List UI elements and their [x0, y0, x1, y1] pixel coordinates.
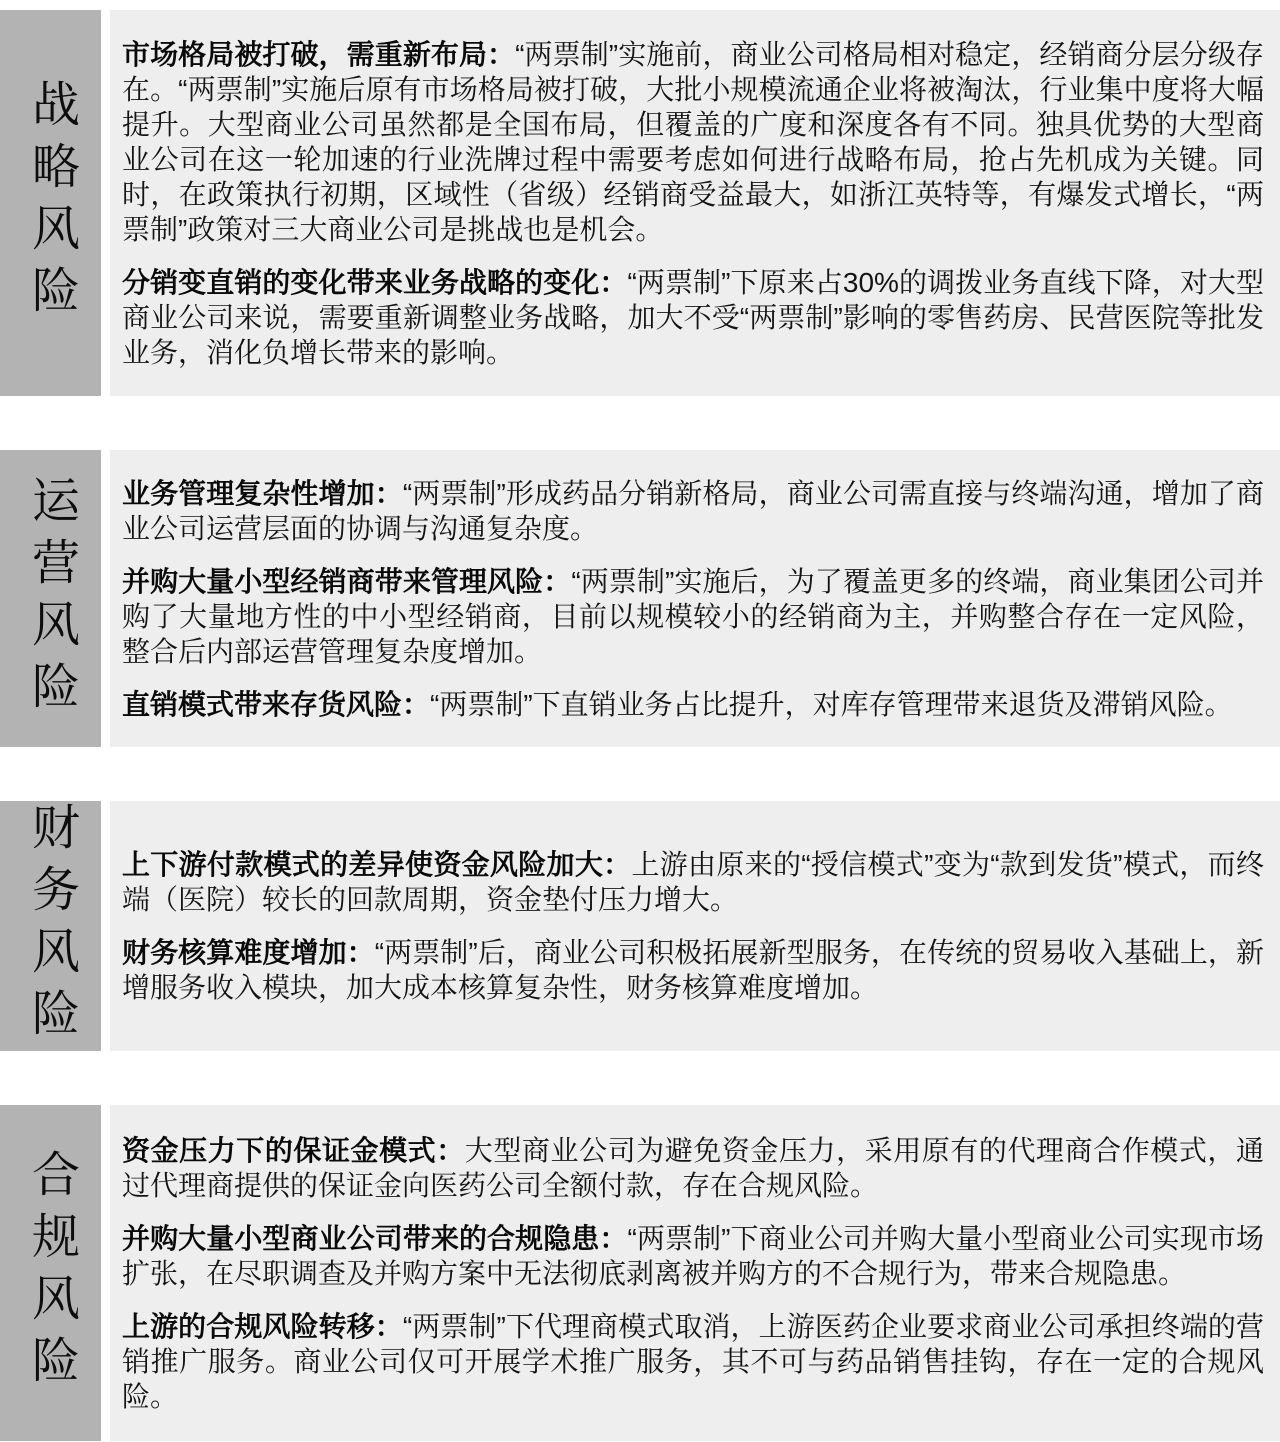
- strategic-risk-sidebar: 战略风险: [0, 10, 101, 396]
- paragraph-lead: 市场格局被打破，需重新布局：: [122, 39, 515, 70]
- paragraph: 业务管理复杂性增加：“两票制”形成药品分销新格局，商业公司需直接与终端沟通，增加…: [122, 476, 1264, 546]
- paragraph-lead: 分销变直销的变化带来业务战略的变化：: [122, 267, 627, 298]
- paragraph-lead: 财务核算难度增加：: [122, 937, 375, 968]
- section-operational-risk: 运营风险 业务管理复杂性增加：“两票制”形成药品分销新格局，商业公司需直接与终端…: [0, 450, 1280, 747]
- paragraph: 市场格局被打破，需重新布局：“两票制”实施前，商业公司格局相对稳定，经销商分层分…: [122, 37, 1264, 247]
- operational-risk-label: 运营风险: [27, 475, 75, 723]
- paragraph: 上游的合规风险转移：“两票制”下代理商模式取消，上游医药企业要求商业公司承担终端…: [122, 1309, 1264, 1414]
- paragraph: 并购大量小型经销商带来管理风险：“两票制”实施后，为了覆盖更多的终端，商业集团公…: [122, 564, 1264, 669]
- risk-overview-page: 战略风险 市场格局被打破，需重新布局：“两票制”实施前，商业公司格局相对稳定，经…: [0, 0, 1280, 1442]
- strategic-risk-label: 战略风险: [27, 79, 75, 327]
- operational-risk-content: 业务管理复杂性增加：“两票制”形成药品分销新格局，商业公司需直接与终端沟通，增加…: [110, 450, 1280, 747]
- paragraph-body: “两票制”下直销业务占比提升，对库存管理带来退货及滞销风险。: [430, 689, 1233, 720]
- paragraph-lead: 上下游付款模式的差异使资金风险加大：: [122, 849, 631, 880]
- paragraph: 直销模式带来存货风险：“两票制”下直销业务占比提升，对库存管理带来退货及滞销风险…: [122, 687, 1264, 722]
- paragraph: 财务核算难度增加：“两票制”后，商业公司积极拓展新型服务，在传统的贸易收入基础上…: [122, 935, 1264, 1005]
- paragraph-lead: 业务管理复杂性增加：: [122, 478, 403, 509]
- compliance-risk-label: 合规风险: [27, 1149, 75, 1397]
- financial-risk-content: 上下游付款模式的差异使资金风险加大：上游由原来的“授信模式”变为“款到发货”模式…: [110, 801, 1280, 1051]
- financial-risk-sidebar: 财务风险: [0, 801, 101, 1051]
- paragraph: 分销变直销的变化带来业务战略的变化：“两票制”下原来占30%的调拨业务直线下降，…: [122, 265, 1264, 370]
- operational-risk-sidebar: 运营风险: [0, 450, 101, 747]
- paragraph-lead: 上游的合规风险转移：: [122, 1311, 403, 1342]
- paragraph-lead: 直销模式带来存货风险：: [122, 689, 430, 720]
- paragraph-lead: 并购大量小型商业公司带来的合规隐患：: [122, 1223, 627, 1254]
- section-strategic-risk: 战略风险 市场格局被打破，需重新布局：“两票制”实施前，商业公司格局相对稳定，经…: [0, 10, 1280, 396]
- strategic-risk-content: 市场格局被打破，需重新布局：“两票制”实施前，商业公司格局相对稳定，经销商分层分…: [110, 10, 1280, 396]
- financial-risk-label: 财务风险: [27, 802, 75, 1050]
- paragraph: 资金压力下的保证金模式：大型商业公司为避免资金压力，采用原有的代理商合作模式，通…: [122, 1133, 1264, 1203]
- compliance-risk-content: 资金压力下的保证金模式：大型商业公司为避免资金压力，采用原有的代理商合作模式，通…: [110, 1105, 1280, 1441]
- paragraph-lead: 资金压力下的保证金模式：: [122, 1135, 465, 1166]
- compliance-risk-sidebar: 合规风险: [0, 1105, 101, 1441]
- paragraph: 并购大量小型商业公司带来的合规隐患：“两票制”下商业公司并购大量小型商业公司实现…: [122, 1221, 1264, 1291]
- paragraph: 上下游付款模式的差异使资金风险加大：上游由原来的“授信模式”变为“款到发货”模式…: [122, 847, 1264, 917]
- section-financial-risk: 财务风险 上下游付款模式的差异使资金风险加大：上游由原来的“授信模式”变为“款到…: [0, 801, 1280, 1051]
- paragraph-lead: 并购大量小型经销商带来管理风险：: [122, 566, 571, 597]
- section-compliance-risk: 合规风险 资金压力下的保证金模式：大型商业公司为避免资金压力，采用原有的代理商合…: [0, 1105, 1280, 1441]
